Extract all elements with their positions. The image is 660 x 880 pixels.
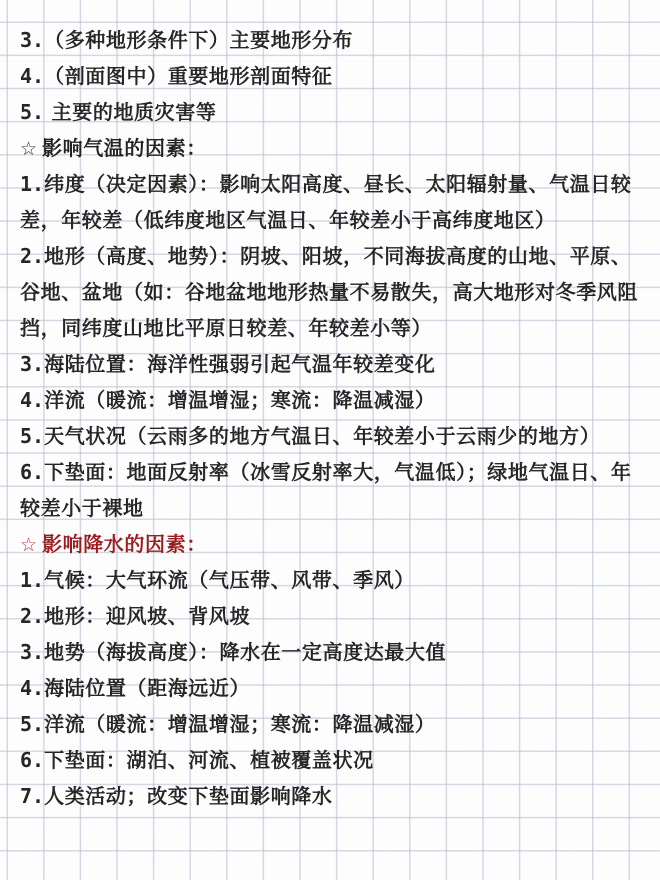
list-item-terrain-profile: 4.（剖面图中）重要地形剖面特征 [20,58,650,94]
list-item: 2.地形：迎风坡、背风坡 [20,598,650,634]
list-item: 1.气候：大气环流（气压带、风带、季风） [20,562,650,598]
list-item-terrain-distribution: 3.（多种地形条件下）主要地形分布 [20,22,650,58]
list-item: 3.地势（海拔高度）：降水在一定高度达最大值 [20,634,650,670]
list-item: 4.洋流（暖流：增温增湿；寒流：降温减湿） [20,382,650,418]
list-item: 6.下垫面：地面反射率（冰雪反射率大，气温低）；绿地气温日、年 [20,454,650,490]
list-item-continuation: 较差小于裸地 [20,490,650,526]
list-item-geologic-hazards: 5. 主要的地质灾害等 [20,94,650,130]
list-item: 5.洋流（暖流：增温增湿；寒流：降温减湿） [20,706,650,742]
list-item: 1.纬度（决定因素）：影响太阳高度、昼长、太阳辐射量、气温日较 [20,166,650,202]
list-item: 4.海陆位置（距海远近） [20,670,650,706]
list-item: 2.地形（高度、地势）：阴坡、阳坡，不同海拔高度的山地、平原、 [20,238,650,274]
grid-paper-notes: 3.（多种地形条件下）主要地形分布 4.（剖面图中）重要地形剖面特征 5. 主要… [20,22,650,814]
list-item-continuation: 谷地、盆地（如：谷地盆地地形热量不易散失，高大地形对冬季风阻 [20,274,650,310]
section-heading-temperature-factors: ☆影响气温的因素： [20,130,650,166]
star-outline-icon: ☆ [20,131,42,167]
list-item: 7.人类活动；改变下垫面影响降水 [20,778,650,814]
list-item: 3.海陆位置：海洋性强弱引起气温年较差变化 [20,346,650,382]
list-item-continuation: 差，年较差（低纬度地区气温日、年较差小于高纬度地区） [20,202,650,238]
section-heading-precipitation-factors: ☆影响降水的因素： [20,526,650,562]
list-item: 5.天气状况（云雨多的地方气温日、年较差小于云雨少的地方） [20,418,650,454]
list-item-continuation: 挡，同纬度山地比平原日较差、年较差小等） [20,310,650,346]
star-outline-icon: ☆ [20,527,42,563]
list-item: 6.下垫面：湖泊、河流、植被覆盖状况 [20,742,650,778]
